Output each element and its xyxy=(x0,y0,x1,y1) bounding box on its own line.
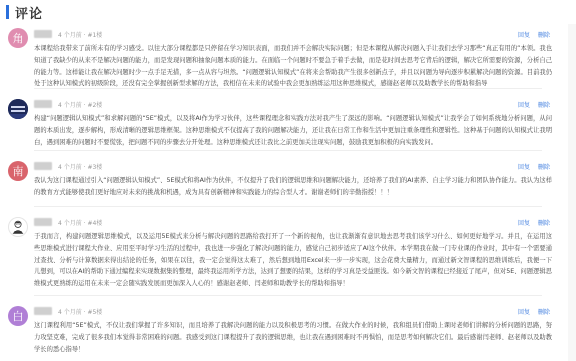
avatar[interactable] xyxy=(8,99,28,119)
comments-title: 评论 xyxy=(15,3,43,22)
comment-item: 南 4 个月前 · #3楼 回复 删除 我认为这门课程通过引入“问题逻辑认知模式… xyxy=(0,151,560,206)
comment-time: 4 个月前 · #5楼 xyxy=(58,307,102,316)
comment-meta: 4 个月前 · #3楼 xyxy=(34,160,552,172)
comment-meta: 4 个月前 · #4楼 xyxy=(34,216,552,228)
comment-meta: 4 个月前 · #2楼 xyxy=(34,98,552,110)
avatar-letter: 南 xyxy=(13,163,24,179)
comment-actions: 回复 删除 xyxy=(518,162,550,171)
reply-button[interactable]: 回复 xyxy=(518,162,530,171)
username-blurred[interactable] xyxy=(34,30,52,38)
header-accent-bar xyxy=(6,5,9,19)
avatar[interactable] xyxy=(8,217,28,237)
comment-time: 4 个月前 · #4楼 xyxy=(58,218,102,227)
avatar[interactable]: 白 xyxy=(8,306,28,326)
scrollbar-track[interactable] xyxy=(568,24,576,361)
badge-image-icon xyxy=(8,99,28,119)
comment-item: 4 个月前 · #4楼 回复 删除 于我而言，构建问题逻辑思维模式，以及运用5E… xyxy=(0,207,560,295)
comment-actions: 回复 删除 xyxy=(518,307,550,316)
delete-button[interactable]: 删除 xyxy=(538,307,550,316)
comment-actions: 回复 删除 xyxy=(518,218,550,227)
avatar[interactable]: 南 xyxy=(8,161,28,181)
reply-button[interactable]: 回复 xyxy=(518,30,530,39)
reply-button[interactable]: 回复 xyxy=(518,307,530,316)
avatar-letter: 白 xyxy=(13,308,24,324)
comment-item: 白 4 个月前 · #5楼 回复 删除 这门课程利用“5E”模式，不仅让我们掌握… xyxy=(0,296,560,356)
delete-button[interactable]: 删除 xyxy=(538,100,550,109)
comment-meta: 4 个月前 · #1楼 xyxy=(34,28,552,40)
comments-header: 评论 xyxy=(0,0,576,24)
comment-item: 4 个月前 · #2楼 回复 删除 构建“问题逻辑认知模式”和求解问题的“5E”… xyxy=(0,89,560,150)
delete-button[interactable]: 删除 xyxy=(538,30,550,39)
comment-item: 角 4 个月前 · #1楼 回复 删除 本课程给我带来了前所未有的学习感受。以往… xyxy=(0,24,560,88)
username-blurred[interactable] xyxy=(34,162,52,170)
delete-button[interactable]: 删除 xyxy=(538,162,550,171)
comment-time: 4 个月前 · #2楼 xyxy=(58,100,102,109)
comment-body: 构建“问题逻辑认知模式”和求解问题的“5E”模式，以及将AI作为学习伙伴，这些课… xyxy=(34,113,552,148)
comment-body: 我认为这门课程通过引入“问题逻辑认知模式”、5E模式和将AI作为伙伴，不仅提升了… xyxy=(34,175,552,199)
comment-body: 本课程给我带来了前所未有的学习感受。以往大部分课程都是只停留在学习知识表面，而我… xyxy=(34,43,552,90)
avatar-letter: 角 xyxy=(13,30,24,46)
username-blurred[interactable] xyxy=(34,218,52,226)
comment-list: 角 4 个月前 · #1楼 回复 删除 本课程给我带来了前所未有的学习感受。以往… xyxy=(0,24,560,356)
avatar[interactable]: 角 xyxy=(8,28,28,48)
delete-button[interactable]: 删除 xyxy=(538,218,550,227)
comment-body: 于我而言，构建问题逻辑思维模式，以及运用5E模式来分析与解决问题的思路给我打开了… xyxy=(34,231,552,290)
comment-meta: 4 个月前 · #5楼 xyxy=(34,305,552,317)
comment-body: 这门课程利用“5E”模式，不仅让我们掌握了许多知识，而且培养了我解决问题的能力以… xyxy=(34,320,552,355)
comment-time: 4 个月前 · #1楼 xyxy=(58,30,102,39)
comment-actions: 回复 删除 xyxy=(518,30,550,39)
cartoon-avatar-icon xyxy=(9,217,27,237)
username-blurred[interactable] xyxy=(34,100,52,108)
comment-time: 4 个月前 · #3楼 xyxy=(58,162,102,171)
reply-button[interactable]: 回复 xyxy=(518,218,530,227)
reply-button[interactable]: 回复 xyxy=(518,100,530,109)
username-blurred[interactable] xyxy=(34,307,52,315)
comment-actions: 回复 删除 xyxy=(518,100,550,109)
